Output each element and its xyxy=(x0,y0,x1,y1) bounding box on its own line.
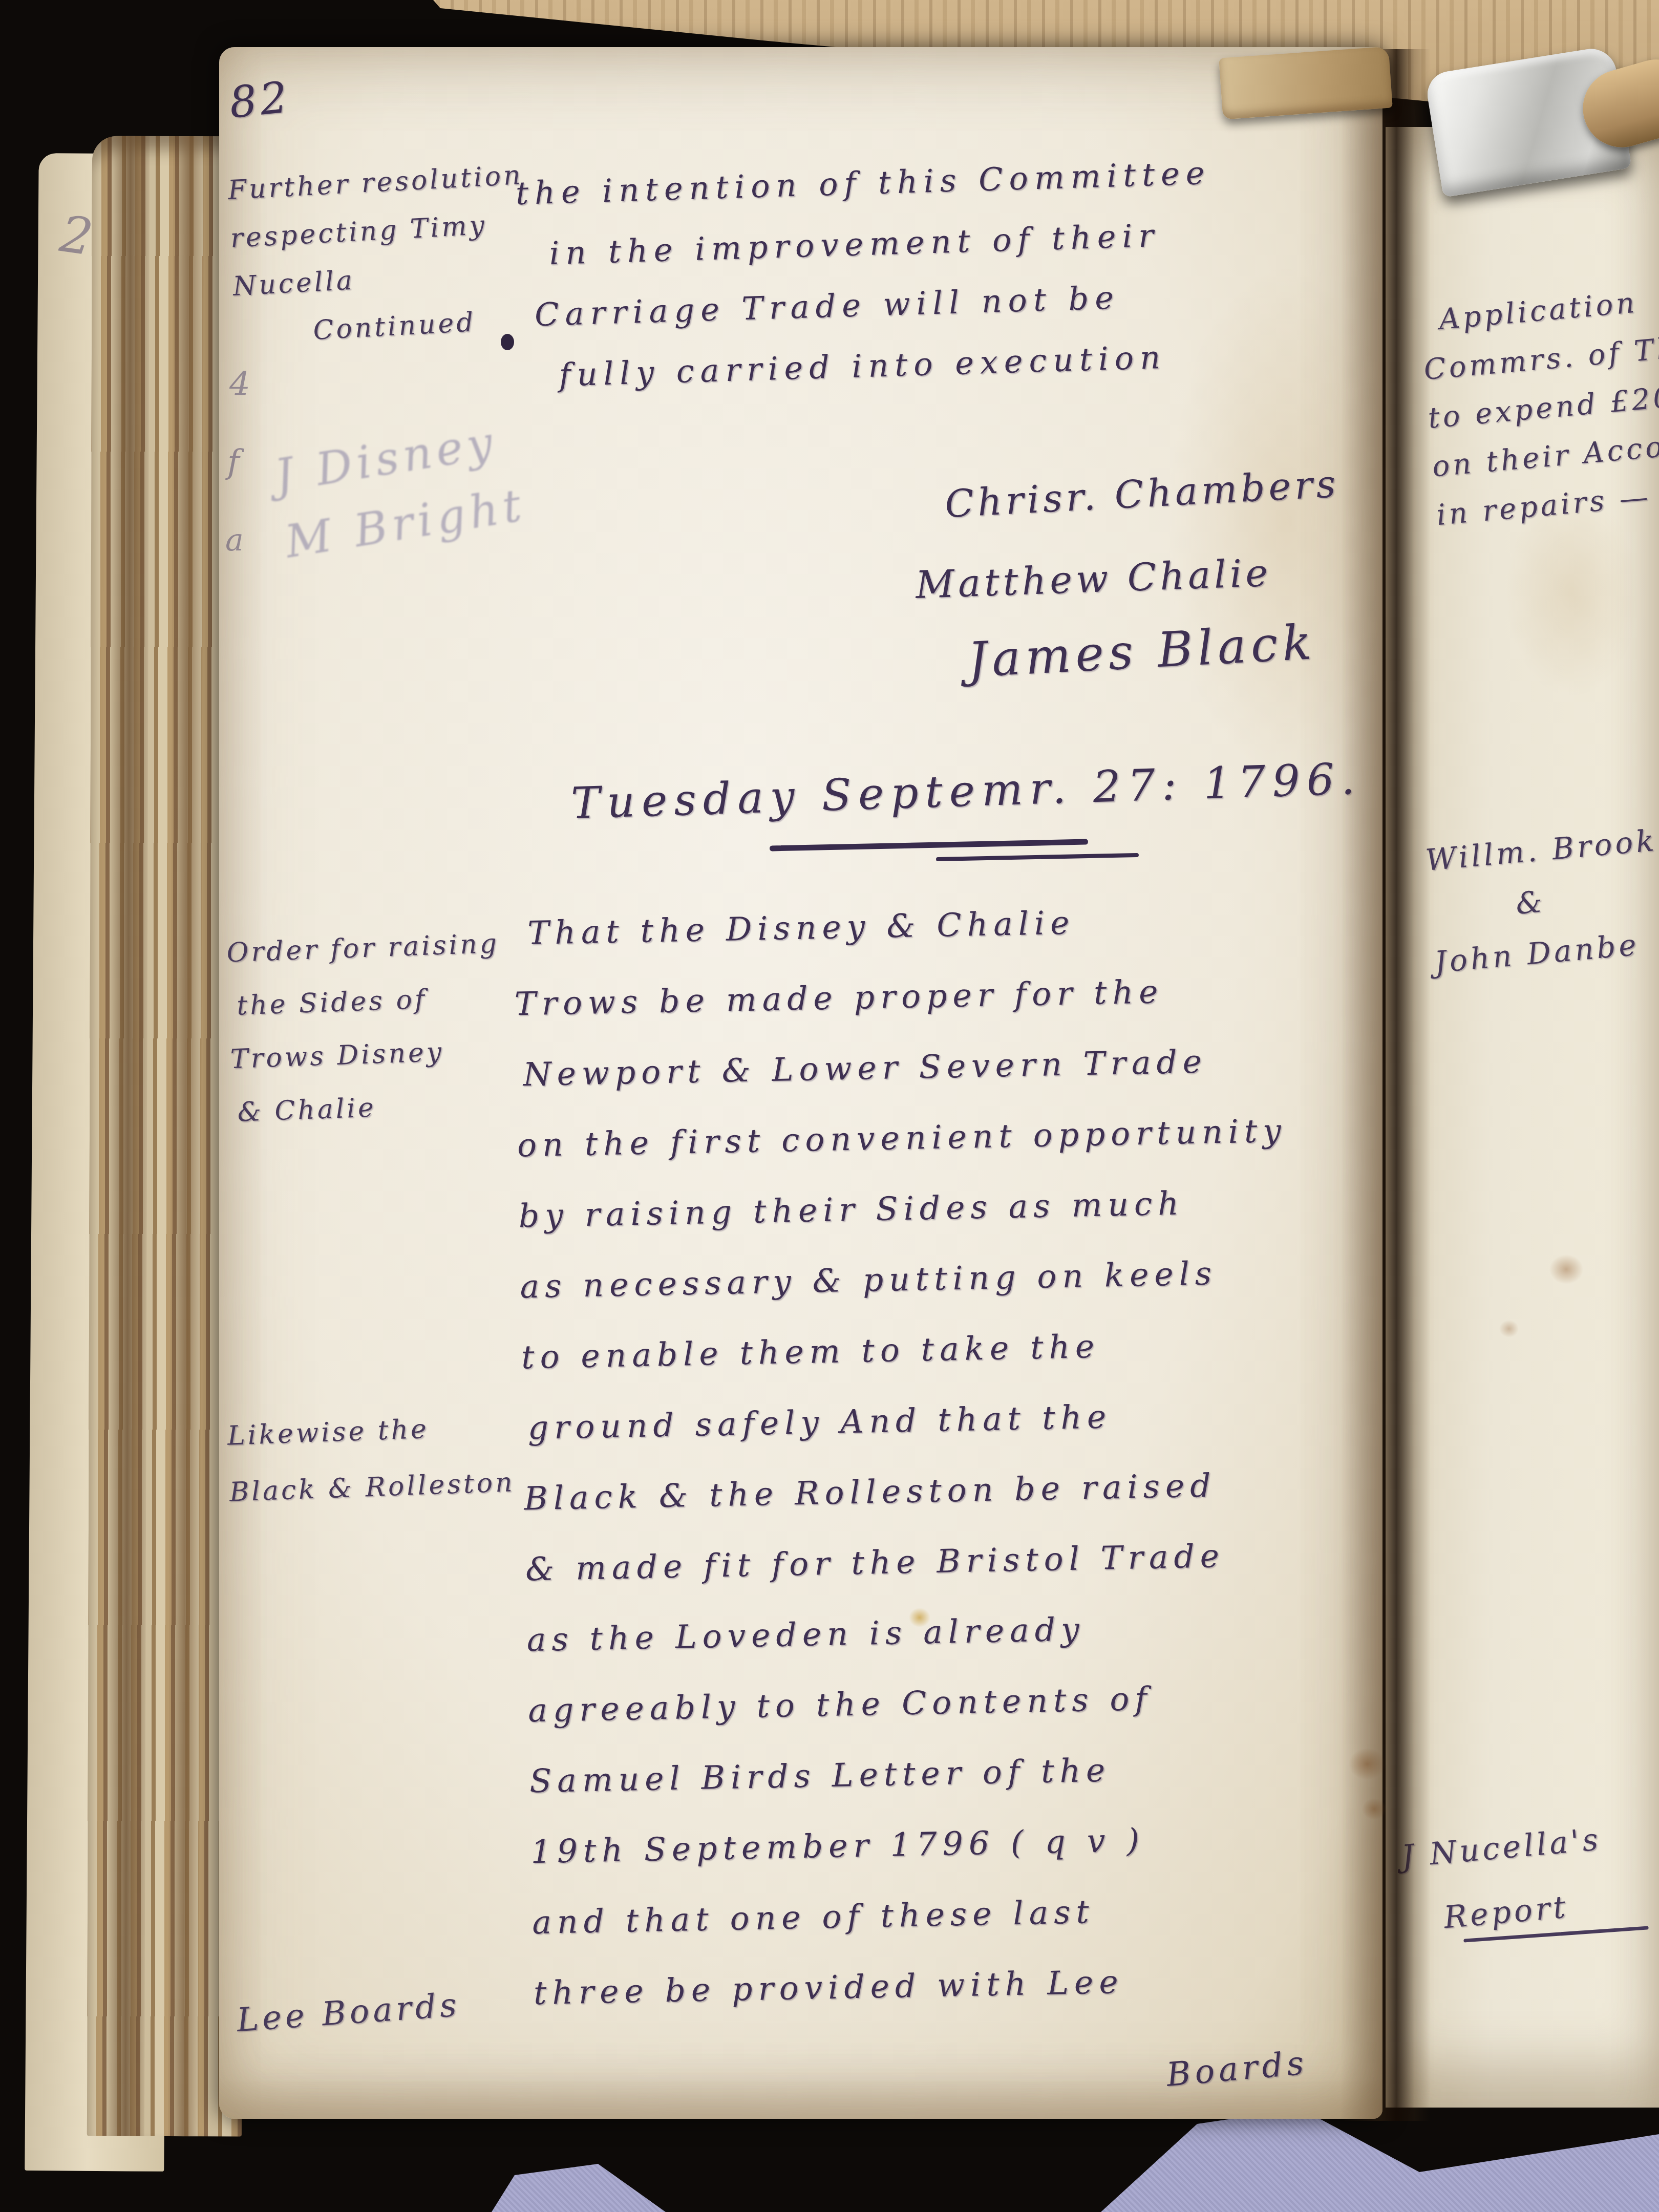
margin-note-likewise-black-rolleston: Likewise theBlack & Rolleston xyxy=(226,1398,516,1520)
names-brook-danbe: Willm. Brook&John Danbe xyxy=(1423,815,1659,988)
margin-note-order-for-raising: Order for raisingthe Sides ofTrows Disne… xyxy=(226,917,506,1139)
folio-number: 82 xyxy=(227,72,292,128)
buried-page-fragment: f xyxy=(227,443,240,481)
manuscript-photo: 2 4 f a 82 Further resolutionrespecting … xyxy=(0,0,1659,2212)
margin-note-application: ApplicationCommrs. of Thamto expend £200… xyxy=(1417,271,1659,540)
resolution-text: That the Disney & ChalieTrows be made pr… xyxy=(513,884,1304,2029)
minute-opening-text: the intention of this Committeein the im… xyxy=(515,142,1217,407)
buried-page-fragment: a xyxy=(225,522,244,558)
margin-note-further-resolution: Further resolutionrespecting TimyNucella… xyxy=(227,151,532,359)
ink-blot xyxy=(501,334,514,350)
buried-page-fragment: 4 xyxy=(229,366,250,403)
corner-tape xyxy=(1219,47,1393,120)
